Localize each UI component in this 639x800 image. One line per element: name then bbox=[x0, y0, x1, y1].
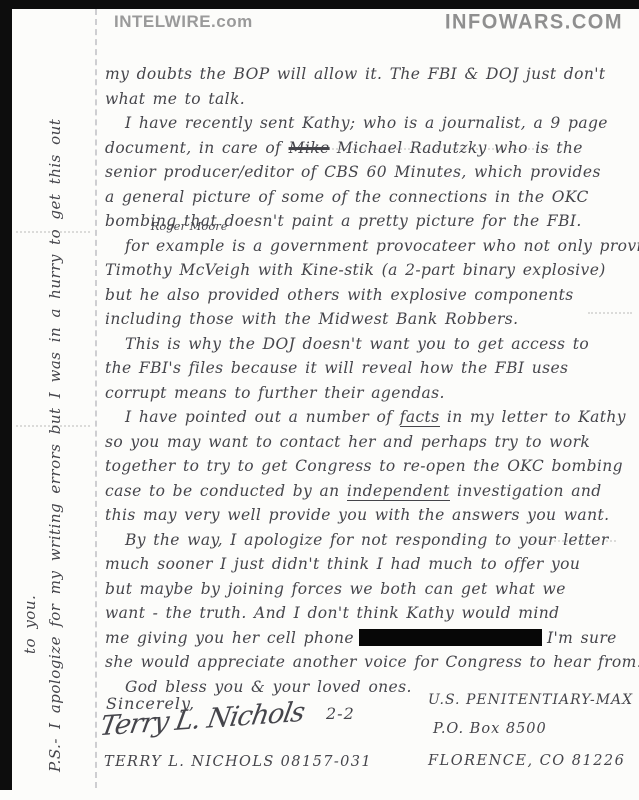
text-run: corrupt means to further their agendas. bbox=[105, 384, 445, 402]
text-run: much sooner I just didn't think I had mu… bbox=[105, 555, 580, 573]
text-run: but maybe by joining forces we both can … bbox=[105, 580, 566, 598]
letter-line: case to be conducted by an independent i… bbox=[105, 479, 633, 504]
top-black-bar bbox=[0, 0, 639, 9]
letter-line: This is why the DOJ doesn't want you to … bbox=[105, 332, 633, 357]
text-run: a general picture of some of the connect… bbox=[105, 188, 589, 206]
watermark-infowars: INFOWARS.COM bbox=[445, 10, 623, 35]
text-run: for example bbox=[125, 237, 225, 255]
text-run: By the way, I apologize for not respondi… bbox=[125, 531, 609, 549]
text-run: want - the truth. And I don't think Kath… bbox=[105, 604, 559, 622]
letter-line: my doubts the BOP will allow it. The FBI… bbox=[105, 62, 633, 87]
text-run: investigation and bbox=[450, 482, 602, 500]
margin-note-main: P.S.- I apologize for my writing errors … bbox=[43, 66, 68, 772]
letter-line: Timothy McVeigh with Kine-stik (a 2-part… bbox=[105, 258, 633, 283]
letter-line: together to try to get Congress to re-op… bbox=[105, 454, 633, 479]
text-run: but he also provided others with explosi… bbox=[105, 286, 574, 304]
letter-line: document, in care of Mike Michael Radutz… bbox=[105, 136, 633, 161]
text-run: what me to talk. bbox=[105, 90, 245, 108]
text-run: Michael Radutzky who is the bbox=[330, 139, 583, 157]
letter-line: a general picture of some of the connect… bbox=[105, 185, 633, 210]
text-run: document, in care of bbox=[105, 139, 289, 157]
margin-note-continuation: to you. bbox=[18, 66, 43, 772]
letter-line: I have pointed out a number of facts in … bbox=[105, 405, 633, 430]
text-run: my doubts the BOP will allow it. The FBI… bbox=[105, 65, 606, 83]
text-run: case to be conducted by an bbox=[105, 482, 347, 500]
letter-line: but maybe by joining forces we both can … bbox=[105, 577, 633, 602]
text-run: I have pointed out a number of bbox=[125, 408, 400, 426]
return-address-line3: FLORENCE, CO 81226 bbox=[428, 753, 625, 769]
letter-line: By the way, I apologize for not respondi… bbox=[105, 528, 633, 553]
text-run: Timothy McVeigh with Kine-stik (a 2-part… bbox=[105, 261, 606, 279]
letter-line: this may very well provide you with the … bbox=[105, 503, 633, 528]
paper-margin-rule bbox=[95, 9, 97, 788]
text-run: including those with the Midwest Bank Ro… bbox=[105, 310, 519, 328]
letter-line: what me to talk. bbox=[105, 87, 633, 112]
text-run: me giving you her cell phone bbox=[105, 629, 354, 647]
text-run: senior producer/editor of CBS 60 Minutes… bbox=[105, 163, 601, 181]
letter-body: my doubts the BOP will allow it. The FBI… bbox=[105, 62, 633, 699]
text-run: This is why the DOJ doesn't want you to … bbox=[125, 335, 589, 353]
page-number: 2-2 bbox=[326, 704, 355, 723]
letter-line: corrupt means to further their agendas. bbox=[105, 381, 633, 406]
text-run: God bless you & your loved ones. bbox=[125, 678, 412, 696]
letter-line: but he also provided others with explosi… bbox=[105, 283, 633, 308]
margin-note: to you. P.S.- I apologize for my writing… bbox=[18, 66, 68, 772]
letter-line: I have recently sent Kathy; who is a jou… bbox=[105, 111, 633, 136]
text-run: the FBI's files because it will reveal h… bbox=[105, 359, 568, 377]
letter-line: the FBI's files because it will reveal h… bbox=[105, 356, 633, 381]
redaction-box bbox=[359, 629, 542, 646]
letter-line: including those with the Midwest Bank Ro… bbox=[105, 307, 633, 332]
underlined-word: facts bbox=[400, 408, 440, 427]
printed-name-and-inmate-number: TERRY L. NICHOLS 08157-031 bbox=[104, 754, 372, 770]
text-run: in my letter to Kathy bbox=[440, 408, 626, 426]
text-run: is a government provocateer who not only… bbox=[225, 237, 639, 255]
text-run: so you may want to contact her and perha… bbox=[105, 433, 590, 451]
underlined-word: independent bbox=[347, 482, 450, 501]
text-run: she would appreciate another voice for C… bbox=[105, 653, 639, 671]
text-run: this may very well provide you with the … bbox=[105, 506, 609, 524]
text-run: I have recently sent Kathy; who is a jou… bbox=[125, 114, 608, 132]
letter-line: senior producer/editor of CBS 60 Minutes… bbox=[105, 160, 633, 185]
letter-line: for exampleRoger Moore is a government p… bbox=[105, 234, 633, 259]
letter-line: much sooner I just didn't think I had mu… bbox=[105, 552, 633, 577]
struck-out-word: Mike bbox=[289, 139, 330, 157]
letter-line: she would appreciate another voice for C… bbox=[105, 650, 633, 675]
text-run: I'm sure bbox=[547, 629, 617, 647]
letter-line: want - the truth. And I don't think Kath… bbox=[105, 601, 633, 626]
letter-line: so you may want to contact her and perha… bbox=[105, 430, 633, 455]
watermark-intelwire: INTELWIRE.com bbox=[114, 12, 253, 32]
return-address-line2: P.O. Box 8500 bbox=[433, 721, 547, 737]
text-run: together to try to get Congress to re-op… bbox=[105, 457, 623, 475]
signature: Terry L. Nichols bbox=[97, 697, 306, 743]
letter-line: me giving you her cell phoneI'm sure bbox=[105, 626, 633, 651]
left-edge-black-bar bbox=[0, 0, 12, 790]
letter-line: God bless you & your loved ones. bbox=[105, 675, 633, 700]
